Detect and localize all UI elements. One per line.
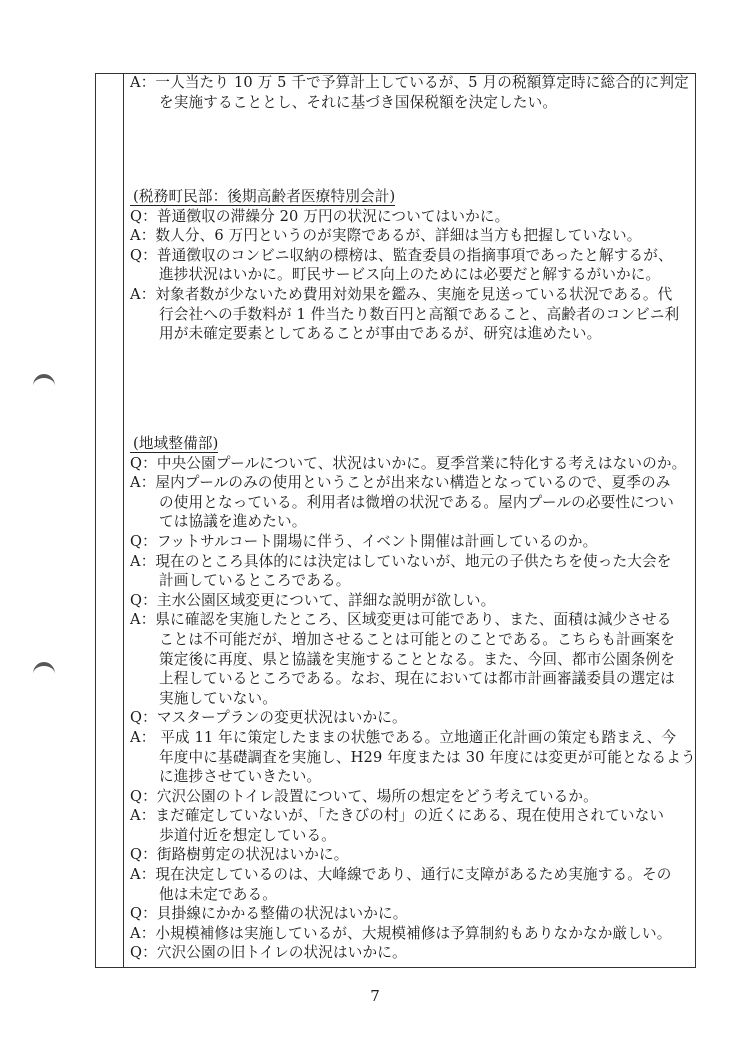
question-line: Q：マスタープランの変更状況はいかに。 [130,708,696,728]
answer-line: A：現在決定しているのは、大峰線であり、通行に支障があるため実施する。その [130,865,696,885]
answer-line: A：現在のところ具体的には決定はしていないが、地元の子供たちを使った大会を [130,552,696,572]
answer-line: A：数人分、6 万円というのが実際であるが、詳細は当方も把握していない。 [130,226,696,246]
question-line: Q：街路樹剪定の状況はいかに。 [130,845,696,865]
answer-line-continuation: 行会社への手数料が 1 件当たり数百円と高額であること、高齢者のコンビニ利 [130,305,696,325]
question-line: Q：穴沢公園のトイレ設置について、場所の想定をどう考えているか。 [130,787,696,807]
answer-line-continuation: ことは不可能だが、増加させることは可能とのことである。こちらも計画案を [130,630,696,650]
answer-line: A：屋内プールのみの使用ということが出来ない構造となっているので、夏季のみ [130,473,696,493]
continued-answer-block: A：一人当たり 10 万 5 千で予算計上しているが、5 月の税額算定時に総合的… [130,73,696,112]
question-line: Q：普通徴収のコンビニ収納の標榜は、監査委員の指摘事項であったと解するが、 [130,246,696,266]
answer-line-continuation: 年度中に基礎調査を実施し、H29 年度または 30 年度には変更が可能となるよう [130,748,696,768]
answer-line-continuation: 歩道付近を想定している。 [130,826,696,846]
question-line: Q：穴沢公園の旧トイレの状況はいかに。 [130,943,696,963]
answer-line: A：小規模補修は実施しているが、大規模補修は予算制約もありなかなか厳しい。 [130,924,696,944]
answer-line-continuation: ては協議を進めたい。 [130,512,696,532]
answer-line-continuation: 上程しているところである。なお、現在においては都市計画審議委員の選定は [130,669,696,689]
question-line: Q：中央公園プールについて、状況はいかに。夏季営業に特化する考えはないのか。 [130,454,696,474]
answer-line: A： 平成 11 年に策定したままの状態である。立地適正化計画の策定も踏まえ、今 [130,728,696,748]
answer-line-continuation: 策定後に再度、県と協議を実施することとなる。また、今回、都市公園条例を [130,650,696,670]
answer-line-continuation: の使用となっている。利用者は微増の状況である。屋内プールの必要性につい [130,493,696,513]
answer-line-continuation: に進捗させていきたい。 [130,767,696,787]
question-line: Q：フットサルコート開場に伴う、イベント開催は計画しているのか。 [130,532,696,552]
section-header: (地域整備部) [130,435,218,453]
answer-line: A：県に確認を実施したところ、区域変更は可能であり、また、面積は減少させる [130,610,696,630]
section-header: (税務町民部：後期高齢者医療特別会計) [130,188,395,206]
qa-line-continuation: を実施することとし、それに基づき国保税額を決定したい。 [130,93,696,113]
answer-line-continuation: 用が未確定要素としてあることが事由であるが、研究は進めたい。 [130,324,696,344]
question-line: Q：普通徴収の滞繰分 20 万円の状況についてはいかに。 [130,207,696,227]
punch-hole-mark-upper [33,374,55,386]
section-regional-development: (地域整備部) Q：中央公園プールについて、状況はいかに。夏季営業に特化する考え… [130,434,696,963]
punch-hole-mark-lower [33,662,55,674]
question-line: Q：貝掛線にかかる整備の状況はいかに。 [130,904,696,924]
answer-line: A：対象者数が少ないため費用対効果を鑑み、実施を見送っている状況である。代 [130,285,696,305]
question-line-continuation: 進捗状況はいかに。町民サービス向上のためには必要だと解するがいかに。 [130,265,696,285]
section-tax-residents: (税務町民部：後期高齢者医療特別会計) Q：普通徴収の滞繰分 20 万円の状況に… [130,187,696,344]
answer-line-continuation: 実施していない。 [130,689,696,709]
question-line: Q：主水公園区域変更について、詳細な説明が欲しい。 [130,591,696,611]
page-number: 7 [0,987,750,1005]
table-column-divider [123,74,124,967]
answer-line: A：まだ確定していないが、「たきびの村」の近くにある、現在使用されていない [130,806,696,826]
answer-line-continuation: 計画しているところである。 [130,571,696,591]
answer-line-continuation: 他は未定である。 [130,885,696,905]
qa-line: A：一人当たり 10 万 5 千で予算計上しているが、5 月の税額算定時に総合的… [130,73,696,93]
